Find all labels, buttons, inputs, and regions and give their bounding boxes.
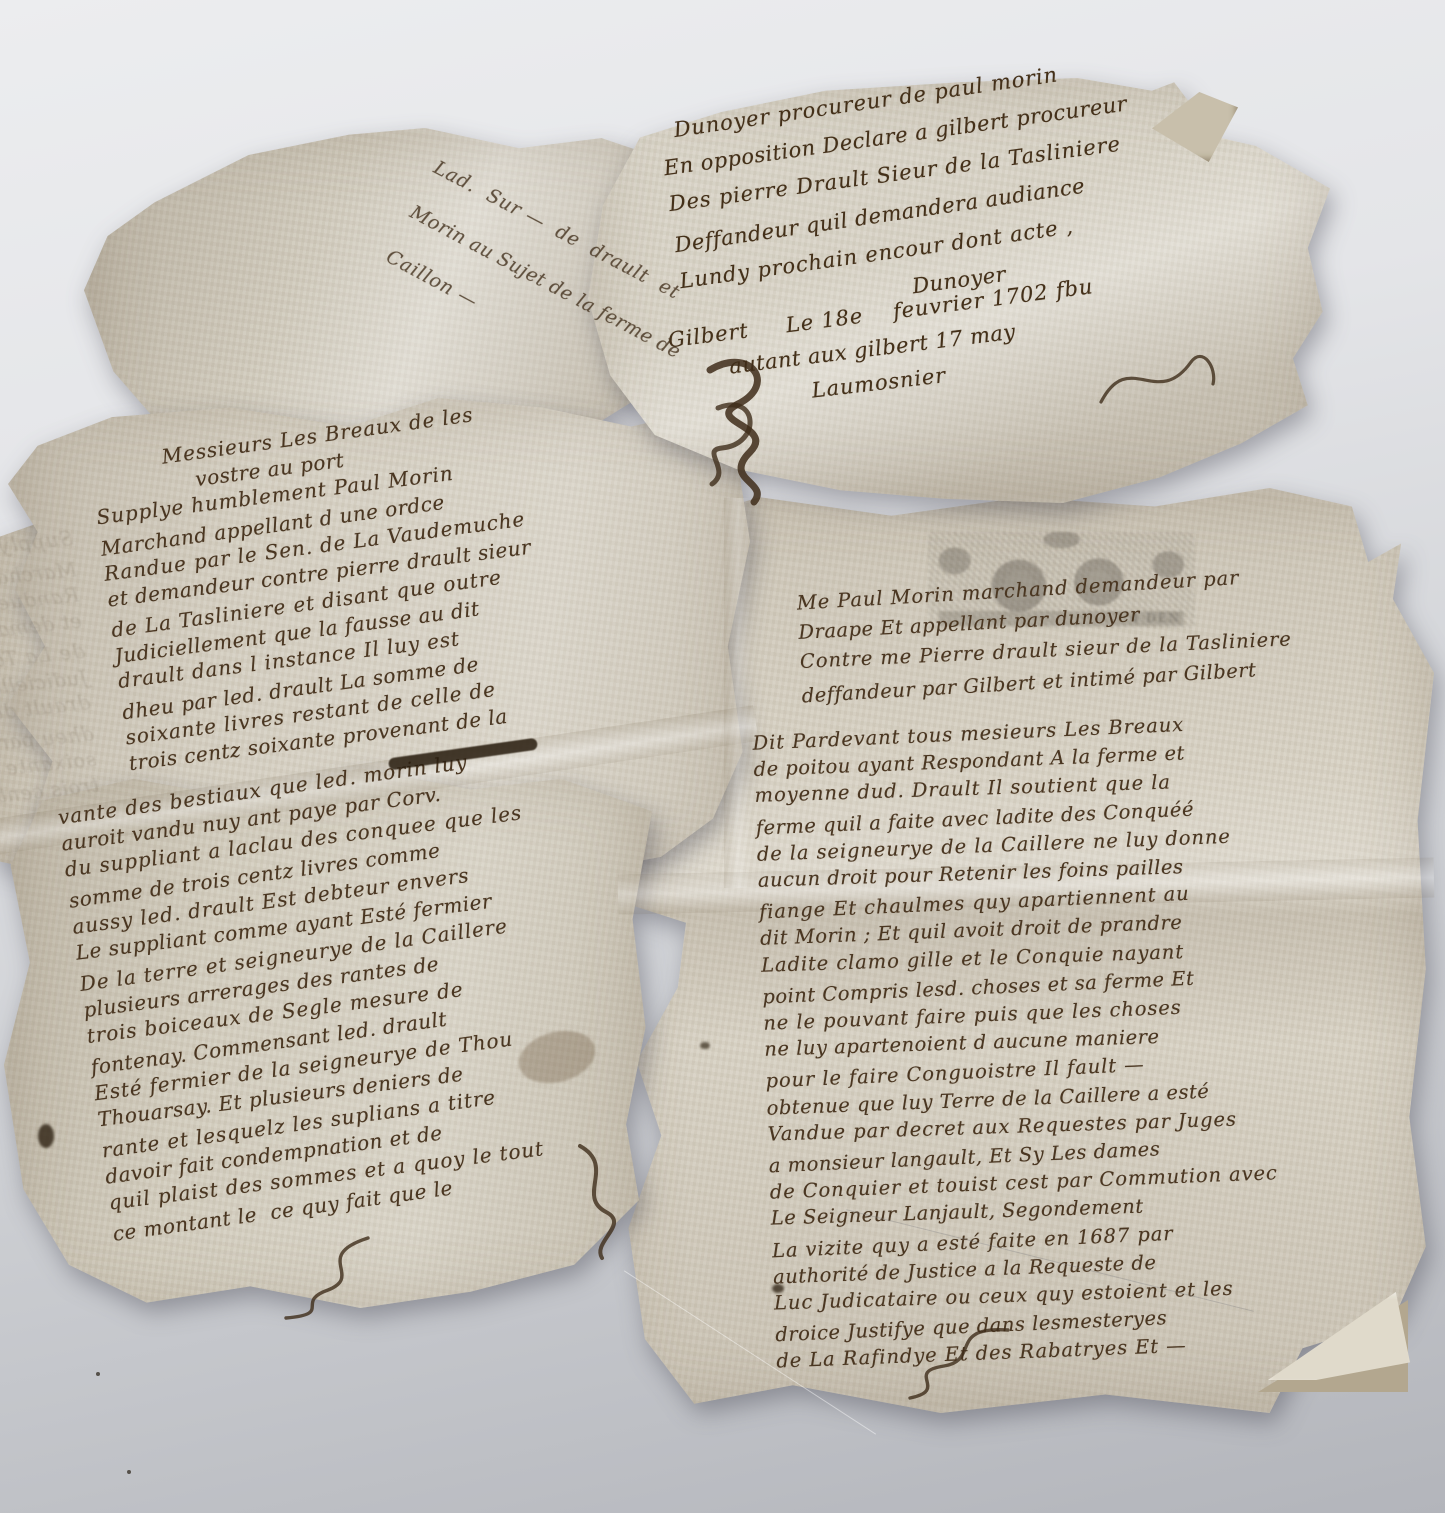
surface-speck	[127, 1470, 131, 1474]
ink-speck-margin	[700, 1042, 710, 1049]
plea-body-text: Dit Pardevant tous mesieurs Les Breauxde…	[752, 703, 1436, 1377]
petition-lower-text: vante des bestiaux que led. morin luyaur…	[56, 721, 729, 1246]
petition-bracket-paraph	[570, 1140, 624, 1265]
ink-blot-small	[772, 1284, 784, 1293]
photo-of-manuscripts: 4 DEN Lad. Sur — de drault etMorin au Su…	[0, 0, 1445, 1513]
ink-blot	[38, 1124, 54, 1148]
plea-end-paraph	[888, 1322, 1018, 1404]
petition-end-paraph	[272, 1232, 382, 1324]
surface-speck	[96, 1372, 100, 1376]
laumosnier-paraph	[1095, 340, 1225, 420]
